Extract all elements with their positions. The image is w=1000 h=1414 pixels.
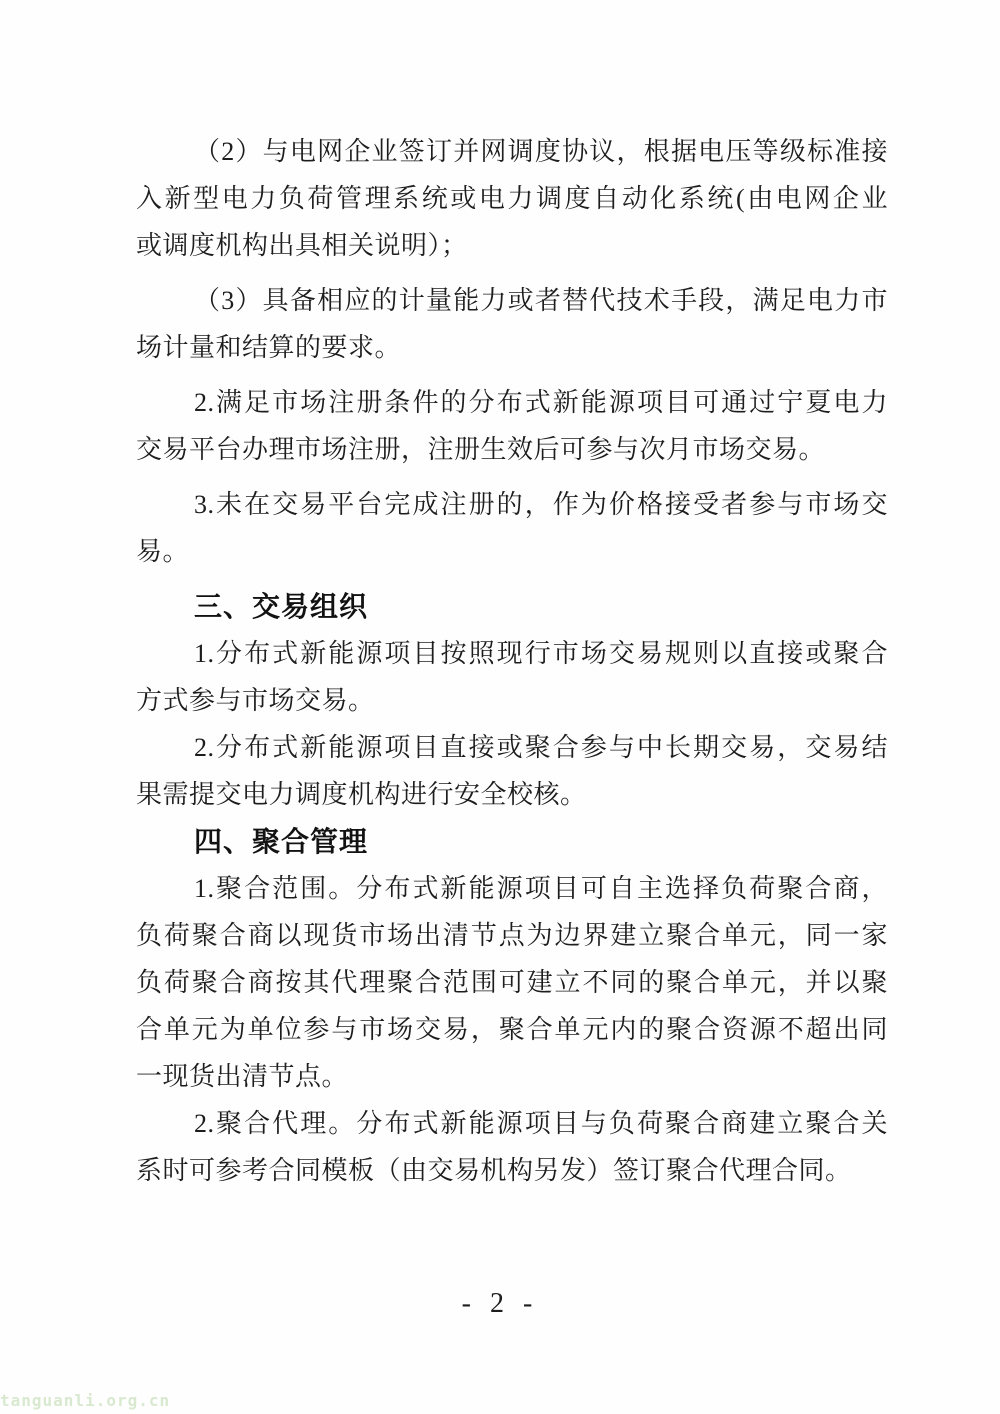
text-line: （2）与电网企业签订并网调度协议，根据电压等级标准接 [136, 128, 888, 175]
paragraph: 3.未在交易平台完成注册的，作为价格接受者参与市场交易。 [136, 481, 888, 575]
paragraph: 1.聚合范围。分布式新能源项目可自主选择负荷聚合商，负荷聚合商以现货市场出清节点… [136, 865, 888, 1100]
paragraph: （3）具备相应的计量能力或者替代技术手段，满足电力市场计量和结算的要求。 [136, 277, 888, 371]
document-body: （2）与电网企业签订并网调度协议，根据电压等级标准接入新型电力负荷管理系统或电力… [136, 128, 888, 1194]
paragraph: 2.聚合代理。分布式新能源项目与负荷聚合商建立聚合关系时可参考合同模板（由交易机… [136, 1100, 888, 1194]
text-line: 2.分布式新能源项目直接或聚合参与中长期交易，交易结 [136, 724, 888, 771]
section-heading: 四、聚合管理 [136, 818, 888, 865]
text-line: 易。 [136, 528, 888, 575]
text-line: 场计量和结算的要求。 [136, 324, 888, 371]
text-line: 果需提交电力调度机构进行安全校核。 [136, 771, 888, 818]
paragraph: 2.满足市场注册条件的分布式新能源项目可通过宁夏电力交易平台办理市场注册，注册生… [136, 379, 888, 473]
text-line: 交易平台办理市场注册，注册生效后可参与次月市场交易。 [136, 426, 888, 473]
text-line: 一现货出清节点。 [136, 1053, 888, 1100]
text-line: 1.聚合范围。分布式新能源项目可自主选择负荷聚合商， [136, 865, 888, 912]
text-line: 2.满足市场注册条件的分布式新能源项目可通过宁夏电力 [136, 379, 888, 426]
page-number: - 2 - [0, 1288, 1000, 1320]
document-page: （2）与电网企业签订并网调度协议，根据电压等级标准接入新型电力负荷管理系统或电力… [0, 0, 1000, 1414]
paragraph: （2）与电网企业签订并网调度协议，根据电压等级标准接入新型电力负荷管理系统或电力… [136, 128, 888, 269]
paragraph: 1.分布式新能源项目按照现行市场交易规则以直接或聚合方式参与市场交易。 [136, 630, 888, 724]
text-line: 入新型电力负荷管理系统或电力调度自动化系统(由电网企业 [136, 175, 888, 222]
text-line: 四、聚合管理 [136, 818, 888, 865]
text-line: 合单元为单位参与市场交易，聚合单元内的聚合资源不超出同 [136, 1006, 888, 1053]
text-line: 方式参与市场交易。 [136, 677, 888, 724]
text-line: 系时可参考合同模板（由交易机构另发）签订聚合代理合同。 [136, 1147, 888, 1194]
text-line: 负荷聚合商按其代理聚合范围可建立不同的聚合单元，并以聚 [136, 959, 888, 1006]
text-line: 负荷聚合商以现货市场出清节点为边界建立聚合单元，同一家 [136, 912, 888, 959]
watermark-text: tanguanli.org.cn [0, 1391, 170, 1410]
paragraph: 2.分布式新能源项目直接或聚合参与中长期交易，交易结果需提交电力调度机构进行安全… [136, 724, 888, 818]
text-line: 3.未在交易平台完成注册的，作为价格接受者参与市场交 [136, 481, 888, 528]
text-line: （3）具备相应的计量能力或者替代技术手段，满足电力市 [136, 277, 888, 324]
text-line: 1.分布式新能源项目按照现行市场交易规则以直接或聚合 [136, 630, 888, 677]
text-line: 2.聚合代理。分布式新能源项目与负荷聚合商建立聚合关 [136, 1100, 888, 1147]
text-line: 三、交易组织 [136, 583, 888, 630]
section-heading: 三、交易组织 [136, 583, 888, 630]
text-line: 或调度机构出具相关说明）； [136, 222, 888, 269]
